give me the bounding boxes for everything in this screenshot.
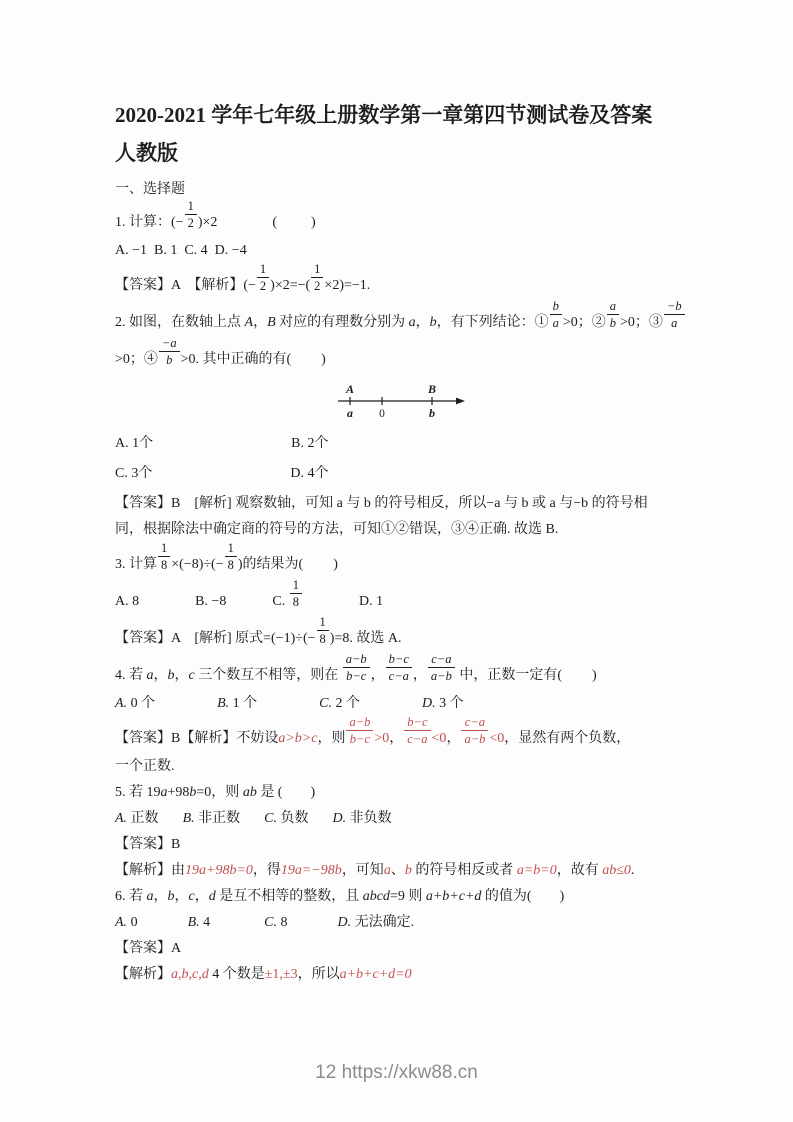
question-1-answer: 【答案】A 【解析】(−12)×2=−(12×2)=−1. — [115, 264, 689, 300]
text-run: 8 — [280, 915, 287, 930]
question-2-answer-line2: 同，根据除法中确定商的符号的方法，可知①②错误，③④正确. 故选 B. — [115, 517, 689, 542]
text-run: )×2 — [198, 215, 218, 230]
text-run: 同，根据除法中确定商的符号的方法，可知①②错误，③④正确. 故选 B. — [115, 522, 558, 537]
fraction: 12 — [185, 199, 197, 231]
text-run: B. — [183, 811, 199, 826]
spacer — [277, 225, 311, 226]
spacer — [240, 821, 264, 822]
text-run: ) — [310, 785, 315, 800]
fraction: b−cc−a — [404, 715, 430, 747]
text-run: A. — [115, 915, 131, 930]
fraction: 18 — [158, 541, 170, 573]
text-run: 【答案】A — [115, 941, 181, 956]
text-run: 4 个数是 — [209, 967, 265, 982]
question-2-options-row1: A. 1个B. 2个 — [115, 431, 689, 456]
text-run: a — [409, 315, 416, 330]
spacer — [153, 446, 291, 447]
fraction: b−cc−a — [386, 652, 412, 684]
text-run: 中，正数一定有( — [456, 668, 562, 683]
text-run: ， — [175, 668, 189, 683]
spacer — [139, 604, 195, 605]
text-run: a — [161, 785, 168, 800]
text-run: . — [631, 863, 635, 878]
document-page: 2020-2021 学年七年级上册数学第一章第四节测试卷及答案 人教版 一、选择… — [0, 0, 793, 1122]
spacer — [308, 821, 332, 822]
label-value-a: a — [347, 406, 353, 420]
question-5-analysis: 【解析】由19a+98b=0，得19a=−98b，可知a、b 的符号相反或者 a… — [115, 858, 689, 883]
document-title-line2: 人教版 — [115, 134, 689, 172]
text-run: 19a+98b=0 — [185, 863, 253, 878]
spacer — [155, 706, 217, 707]
text-run: ， — [413, 668, 427, 683]
text-run: ， — [446, 731, 460, 746]
content-after-diagram: A. 1个B. 2个C. 3个D. 4个【答案】B [解析] 观察数轴，可知 a… — [115, 431, 689, 987]
question-6-stem: 6. 若 a，b，c，d 是互不相等的整数，且 abcd=9 则 a+b+c+d… — [115, 884, 689, 909]
text-run: 的符号相反或者 — [412, 863, 517, 878]
text-run: b — [168, 668, 175, 683]
text-run: B — [267, 315, 276, 330]
text-run: C. — [319, 696, 335, 711]
text-run: 【答案】A 【解析】(− — [115, 278, 256, 293]
text-run: 【答案】B [解析] 观察数轴，可知 a 与 b 的符号相反，所以−a 与 b … — [115, 496, 648, 511]
question-1-options: A. −1 B. 1 C. 4 D. −4 — [115, 238, 689, 263]
text-run: C. — [264, 915, 280, 930]
text-run: 三个数互不相等，则在 — [195, 668, 342, 683]
spacer — [291, 362, 321, 363]
text-run: ×2)=−1. — [324, 278, 370, 293]
text-run: ( — [272, 215, 277, 230]
text-run: ，有下列结论：① — [437, 315, 549, 330]
text-run: D. 4个 — [290, 466, 328, 481]
text-run: A. — [115, 696, 131, 711]
text-run: 【答案】A [解析] 原式=(−1)÷(− — [115, 631, 316, 646]
spacer — [138, 925, 188, 926]
text-run: b — [430, 315, 437, 330]
question-3-answer: 【答案】A [解析] 原式=(−1)÷(−18)=8. 故选 A. — [115, 617, 689, 653]
text-run: ) — [311, 215, 316, 230]
text-run: A. 1个 — [115, 436, 153, 451]
text-run: 【答案】B【解析】不妨设 — [115, 731, 278, 746]
text-run: <0 — [489, 731, 504, 746]
question-1-stem: 1. 计算：(−12)×2() — [115, 201, 689, 237]
text-run: ， — [416, 315, 430, 330]
page-footer-url: 12 https://xkw88.cn — [0, 1062, 793, 1084]
question-5-stem: 5. 若 19a+98b=0，则 ab 是 () — [115, 780, 689, 805]
question-5-answer: 【答案】B — [115, 832, 689, 857]
spacer — [282, 795, 310, 796]
question-6-options: A. 0B. 4C. 8D. 无法确定. — [115, 910, 689, 935]
text-run: 非正数 — [198, 811, 240, 826]
spacer — [257, 706, 319, 707]
question-2-options-row2: C. 3个D. 4个 — [115, 461, 689, 486]
label-value-b: b — [429, 406, 435, 420]
text-run: ，可知 — [342, 863, 384, 878]
text-run: B. 2个 — [291, 436, 328, 451]
fraction: −ab — [159, 336, 180, 368]
text-run: 4 — [203, 915, 210, 930]
text-run: a+b+c+d=0 — [340, 967, 412, 982]
text-run: C. — [272, 594, 288, 609]
text-run: ，得 — [253, 863, 281, 878]
text-run: >0. 其中正确的有( — [181, 352, 292, 367]
text-run: b — [168, 889, 175, 904]
text-run: ，则 — [317, 731, 345, 746]
text-run: ) — [333, 557, 338, 572]
text-run: ) — [321, 352, 326, 367]
text-run: a>b>c — [278, 731, 317, 746]
text-run: 【解析】由 — [115, 863, 185, 878]
fraction: 18 — [290, 578, 302, 610]
question-2-stem-line2: >0；④−ab>0. 其中正确的有() — [115, 338, 689, 374]
text-run: 非负数 — [350, 811, 392, 826]
text-run: a=b=0 — [517, 863, 557, 878]
text-run: =9 则 — [390, 889, 426, 904]
text-run: 负数 — [280, 811, 308, 826]
text-run: ，所以 — [298, 967, 340, 982]
text-run: ab≤0 — [602, 863, 631, 878]
text-run: >0；④ — [115, 352, 158, 367]
fraction: 18 — [225, 541, 237, 573]
text-run: A. −1 B. 1 C. 4 D. −4 — [115, 243, 247, 258]
text-run: 对应的有理数分别为 — [276, 315, 409, 330]
text-run: ， — [253, 315, 267, 330]
text-run: 【解析】 — [115, 967, 171, 982]
text-run: 是 ( — [257, 785, 283, 800]
question-4-stem: 4. 若 a，b，c 三个数互不相等，则在 a−bb−c，b−cc−a，c−aa… — [115, 654, 689, 690]
spacer — [303, 567, 333, 568]
question-6-answer: 【答案】A — [115, 936, 689, 961]
text-run: 19a=−98b — [281, 863, 342, 878]
text-run: ±1,±3 — [265, 967, 298, 982]
label-point-B: B — [427, 382, 436, 396]
text-run: ， — [371, 668, 385, 683]
spacer — [159, 821, 183, 822]
question-4-options: A. 0 个B. 1 个C. 2 个D. 3 个 — [115, 691, 689, 716]
text-run: A. 8 — [115, 594, 139, 609]
text-run: 1. 计算：(− — [115, 215, 184, 230]
label-point-A: A — [345, 382, 354, 396]
text-run: >0 — [374, 731, 389, 746]
fraction: ba — [550, 299, 562, 331]
text-run: a — [384, 863, 391, 878]
text-run: ab — [243, 785, 257, 800]
spacer — [226, 604, 272, 605]
text-run: B. −8 — [195, 594, 226, 609]
fraction: 12 — [311, 262, 323, 294]
text-run: 6. 若 — [115, 889, 147, 904]
spacer — [562, 678, 592, 679]
text-run: ， — [154, 889, 168, 904]
text-run: a,b,c,d — [171, 967, 209, 982]
spacer — [152, 476, 290, 477]
text-run: D. 1 — [359, 594, 383, 609]
content-before-diagram: 1. 计算：(−12)×2()A. −1 B. 1 C. 4 D. −4【答案】… — [115, 201, 689, 374]
text-run: 的值为( — [481, 889, 531, 904]
text-run: +98 — [168, 785, 190, 800]
spacer — [210, 925, 264, 926]
text-run: ) — [560, 889, 565, 904]
spacer — [532, 899, 560, 900]
text-run: 5. 若 19 — [115, 785, 161, 800]
text-run: >0；③ — [620, 315, 663, 330]
text-run: d — [209, 889, 216, 904]
text-run: 0 — [131, 915, 138, 930]
text-run: ， — [175, 889, 189, 904]
text-run: C. 3个 — [115, 466, 152, 481]
text-run: 一个正数. — [115, 759, 175, 774]
spacer — [217, 225, 272, 226]
text-run: b — [405, 863, 412, 878]
text-run: ) — [592, 668, 597, 683]
text-run: 【答案】B — [115, 837, 180, 852]
fraction: a−bb−c — [346, 715, 373, 747]
fraction: −ba — [664, 299, 685, 331]
text-run: C. — [264, 811, 280, 826]
spacer — [287, 925, 337, 926]
text-run: D. — [337, 915, 354, 930]
text-run: a — [147, 668, 154, 683]
text-run: ， — [389, 731, 403, 746]
text-run: 3 个 — [439, 696, 464, 711]
text-run: )的结果为( — [238, 557, 303, 572]
question-5-options: A. 正数B. 非正数C. 负数D. 非负数 — [115, 806, 689, 831]
text-run: D. — [422, 696, 439, 711]
text-run: A — [245, 315, 254, 330]
text-run: ， — [154, 668, 168, 683]
label-origin: 0 — [379, 408, 385, 420]
question-4-answer-line1: 【答案】B【解析】不妨设a>b>c，则a−bb−c>0，b−cc−a<0，c−a… — [115, 717, 689, 753]
text-run: a — [147, 889, 154, 904]
text-run: 、 — [391, 863, 405, 878]
text-run: a+b+c+d — [426, 889, 482, 904]
fraction: ab — [607, 299, 619, 331]
question-6-analysis: 【解析】a,b,c,d 4 个数是±1,±3，所以a+b+c+d=0 — [115, 962, 689, 987]
text-run: 3. 计算 — [115, 557, 157, 572]
text-run: ×(−8)÷(− — [171, 557, 223, 572]
text-run: D. — [332, 811, 349, 826]
text-run: A. — [115, 811, 131, 826]
text-run: 1 个 — [233, 696, 258, 711]
fraction: 12 — [257, 262, 269, 294]
fraction: c−aa−b — [428, 652, 455, 684]
text-run: ，故有 — [557, 863, 603, 878]
fraction: c−aa−b — [461, 715, 488, 747]
fraction: a−bb−c — [343, 652, 370, 684]
text-run: )×2=−( — [270, 278, 310, 293]
text-run: 0 个 — [131, 696, 156, 711]
text-run: 是互不相等的整数，且 — [216, 889, 363, 904]
number-line-figure: A a 0 B b — [337, 382, 689, 425]
text-run: 4. 若 — [115, 668, 147, 683]
text-run: =0，则 — [196, 785, 242, 800]
text-run: <0 — [432, 731, 447, 746]
document-title-line1: 2020-2021 学年七年级上册数学第一章第四节测试卷及答案 — [115, 96, 689, 134]
question-4-answer-line2: 一个正数. — [115, 754, 689, 779]
text-run: B. — [217, 696, 233, 711]
question-3-stem: 3. 计算18×(−8)÷(−18)的结果为() — [115, 543, 689, 579]
spacer — [360, 706, 422, 707]
text-run: 正数 — [131, 811, 159, 826]
text-run: ， — [195, 889, 209, 904]
question-3-options: A. 8B. −8C. 18D. 1 — [115, 580, 689, 616]
text-run: >0；② — [563, 315, 606, 330]
text-run: abcd — [363, 889, 390, 904]
text-run: 2. 如图，在数轴上点 — [115, 315, 245, 330]
text-run: 无法确定. — [355, 915, 415, 930]
number-line-diagram: A a 0 B b — [337, 382, 467, 420]
text-run: B. — [188, 915, 204, 930]
axis-arrowhead-icon — [456, 398, 465, 405]
document-content: 2020-2021 学年七年级上册数学第一章第四节测试卷及答案 人教版 一、选择… — [115, 96, 689, 988]
section-heading: 一、选择题 — [115, 180, 689, 200]
question-2-stem-line1: 2. 如图，在数轴上点 A，B 对应的有理数分别为 a，b，有下列结论：①ba>… — [115, 301, 689, 337]
text-run: 2 个 — [335, 696, 360, 711]
text-run: )=8. 故选 A. — [330, 631, 402, 646]
text-run: ，显然有两个负数， — [504, 731, 630, 746]
fraction: 18 — [317, 615, 329, 647]
spacer — [303, 604, 359, 605]
question-2-answer-line1: 【答案】B [解析] 观察数轴，可知 a 与 b 的符号相反，所以−a 与 b … — [115, 491, 689, 516]
